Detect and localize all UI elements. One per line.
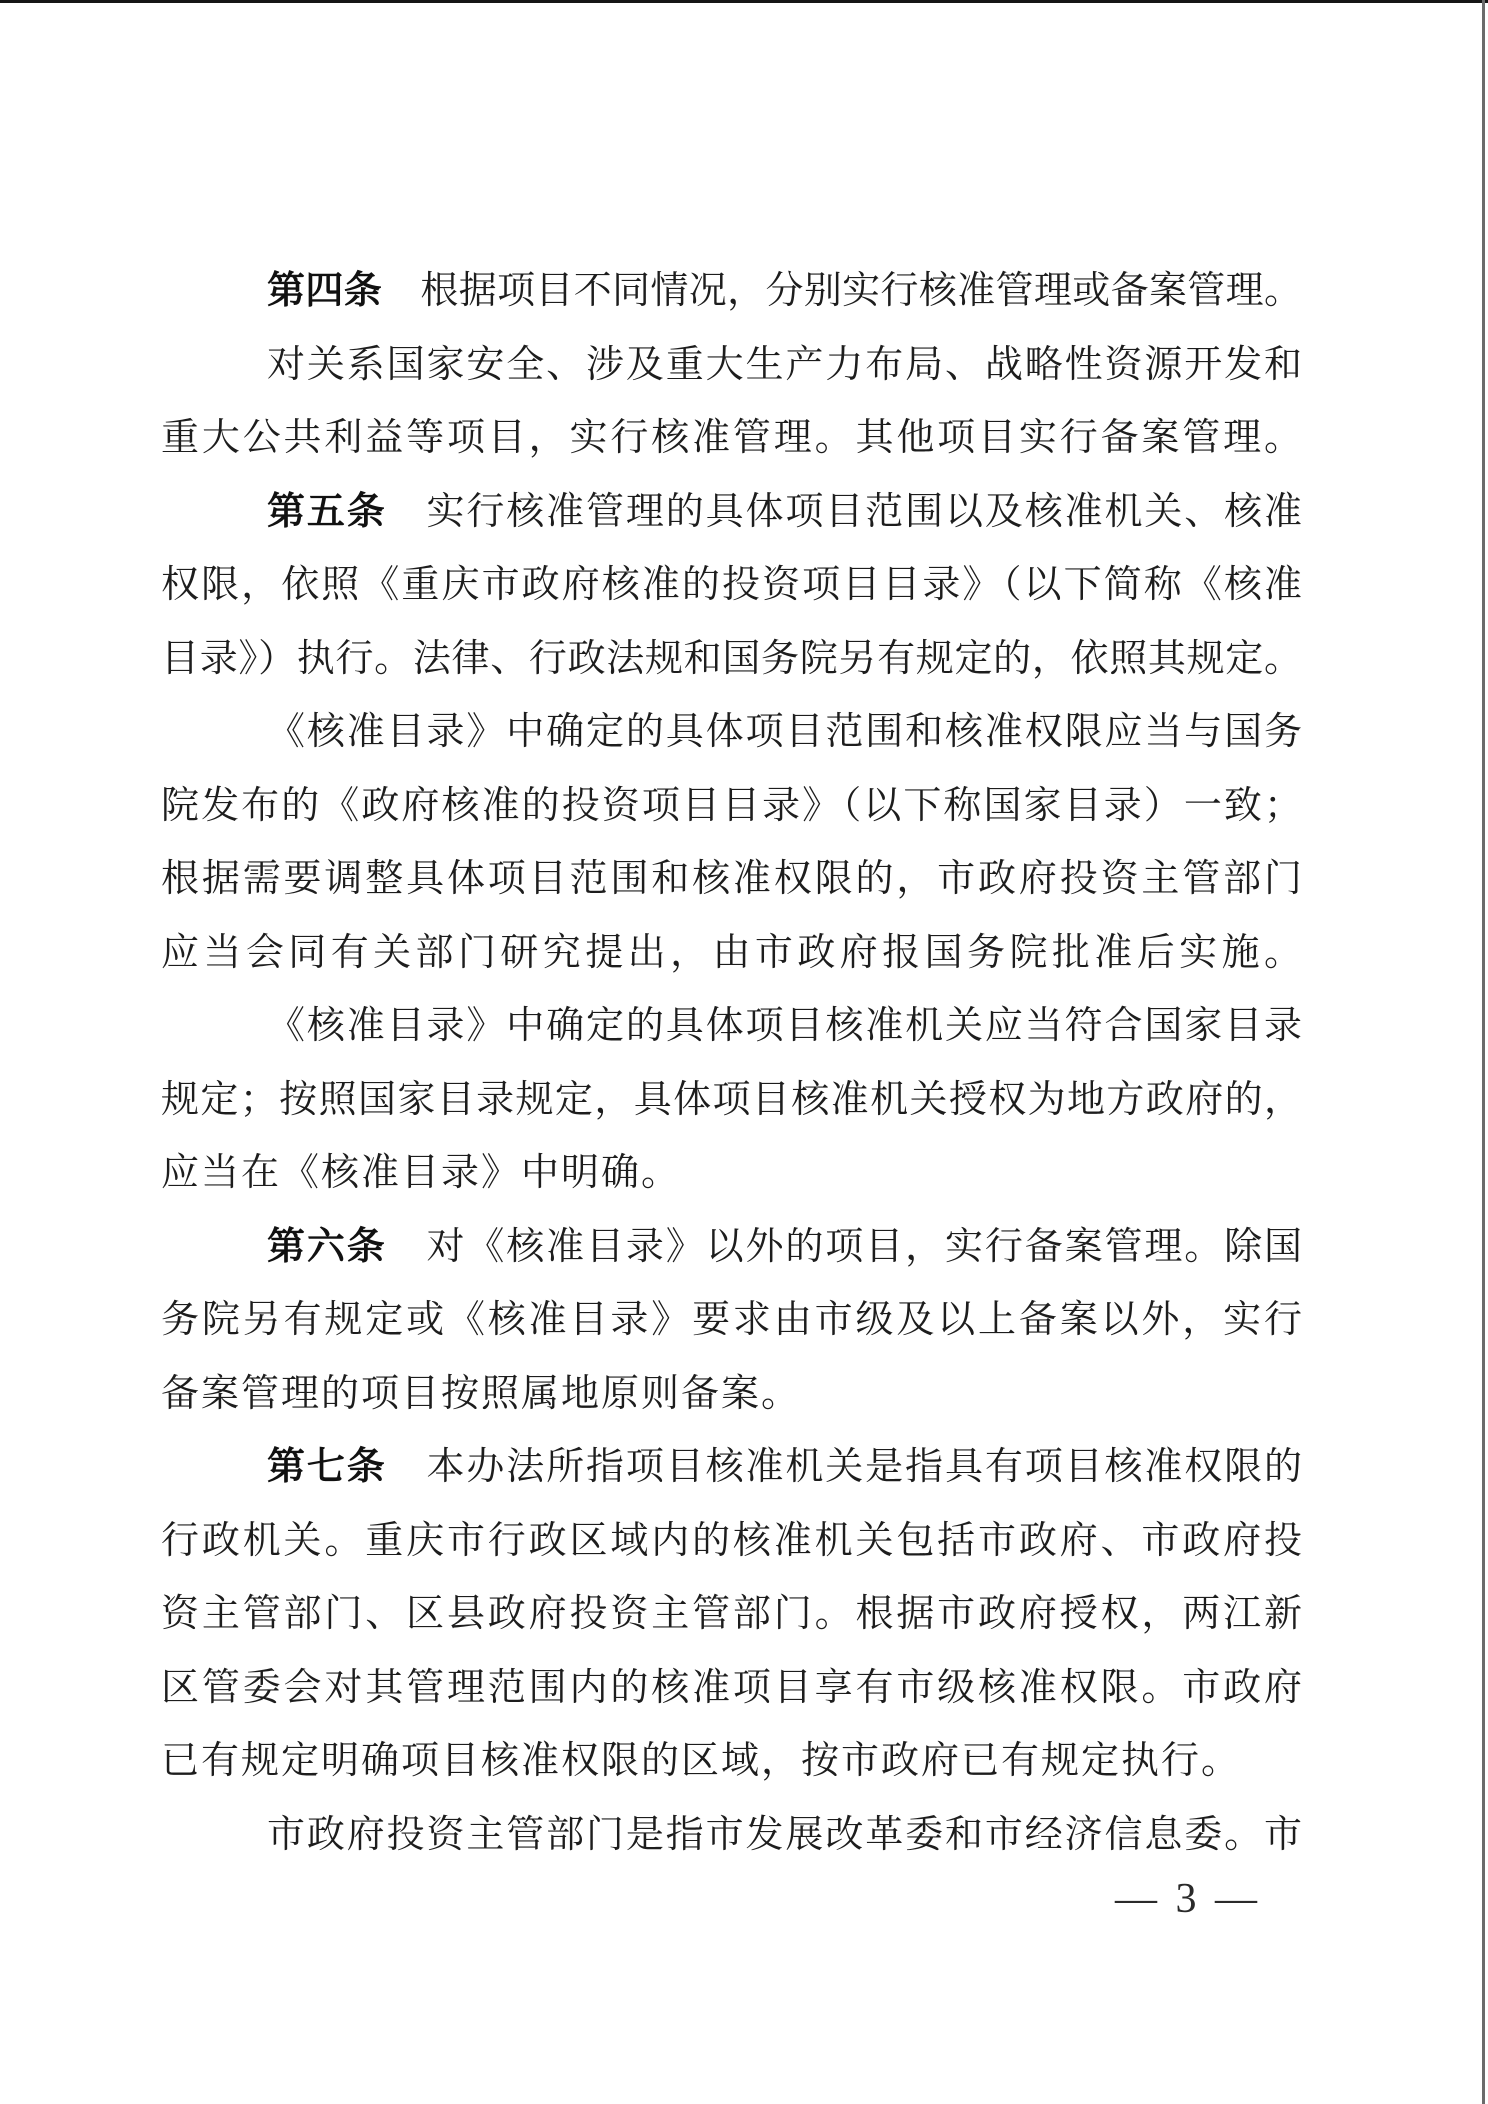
- text-line: 权限，依照《重庆市政府核准的投资项目目录》（以下简称《核准: [161, 549, 1302, 623]
- text-line-body: 实行核准管理的具体项目范围以及核准机关、核准: [387, 491, 1302, 533]
- text-line: 行政机关。重庆市行政区域内的核准机关包括市政府、市政府投: [161, 1505, 1302, 1579]
- article-4-lead: 第四条: [267, 270, 382, 312]
- text-line: 《核准目录》中确定的具体项目范围和核准权限应当与国务: [161, 696, 1302, 770]
- text-line: 已有规定明确项目核准权限的区域，按市政府已有规定执行。: [161, 1725, 1302, 1799]
- text-line: 备案管理的项目按照属地原则备案。: [161, 1358, 1302, 1432]
- text-line-body: 本办法所指项目核准机关是指具有项目核准权限的: [387, 1446, 1302, 1488]
- page-top-edge-line: [0, 0, 1488, 3]
- page-right-edge-line: [1482, 0, 1485, 2104]
- text-line-body: 根据项目不同情况，分别实行核准管理或备案管理。: [382, 270, 1302, 312]
- text-line-body: 对《核准目录》以外的项目，实行备案管理。除国: [387, 1226, 1302, 1268]
- text-line-article-6: 第六条 对《核准目录》以外的项目，实行备案管理。除国: [161, 1211, 1302, 1285]
- text-line: 目录》）执行。法律、行政法规和国务院另有规定的，依照其规定。: [161, 623, 1302, 697]
- text-line: 区管委会对其管理范围内的核准项目享有市级核准权限。市政府: [161, 1652, 1302, 1726]
- document-page: { "page": { "background": "#ffffff", "te…: [0, 0, 1488, 2104]
- text-line-article-7: 第七条 本办法所指项目核准机关是指具有项目核准权限的: [161, 1431, 1302, 1505]
- text-line-article-5: 第五条 实行核准管理的具体项目范围以及核准机关、核准: [161, 476, 1302, 550]
- text-line: 务院另有规定或《核准目录》要求由市级及以上备案以外，实行: [161, 1284, 1302, 1358]
- text-line: 应当在《核准目录》中明确。: [161, 1137, 1302, 1211]
- text-line: 《核准目录》中确定的具体项目核准机关应当符合国家目录: [161, 990, 1302, 1064]
- text-line: 院发布的《政府核准的投资项目目录》（以下称国家目录）一致；: [161, 770, 1302, 844]
- text-line: 资主管部门、区县政府投资主管部门。根据市政府授权，两江新: [161, 1578, 1302, 1652]
- document-body: 第四条 根据项目不同情况，分别实行核准管理或备案管理。 对关系国家安全、涉及重大…: [161, 255, 1302, 1872]
- text-line: 市政府投资主管部门是指市发展改革委和市经济信息委。市: [161, 1799, 1302, 1873]
- text-line: 规定；按照国家目录规定，具体项目核准机关授权为地方政府的，: [161, 1064, 1302, 1138]
- text-line: 重大公共利益等项目，实行核准管理。其他项目实行备案管理。: [161, 402, 1302, 476]
- text-line: 根据需要调整具体项目范围和核准权限的，市政府投资主管部门: [161, 843, 1302, 917]
- article-6-lead: 第六条: [267, 1226, 387, 1268]
- text-line: 对关系国家安全、涉及重大生产力布局、战略性资源开发和: [161, 329, 1302, 403]
- article-5-lead: 第五条: [267, 491, 387, 533]
- text-line: 应当会同有关部门研究提出，由市政府报国务院批准后实施。: [161, 917, 1302, 991]
- article-7-lead: 第七条: [267, 1446, 387, 1488]
- text-line-article-4: 第四条 根据项目不同情况，分别实行核准管理或备案管理。: [161, 255, 1302, 329]
- page-number: — 3 —: [1078, 1868, 1298, 1930]
